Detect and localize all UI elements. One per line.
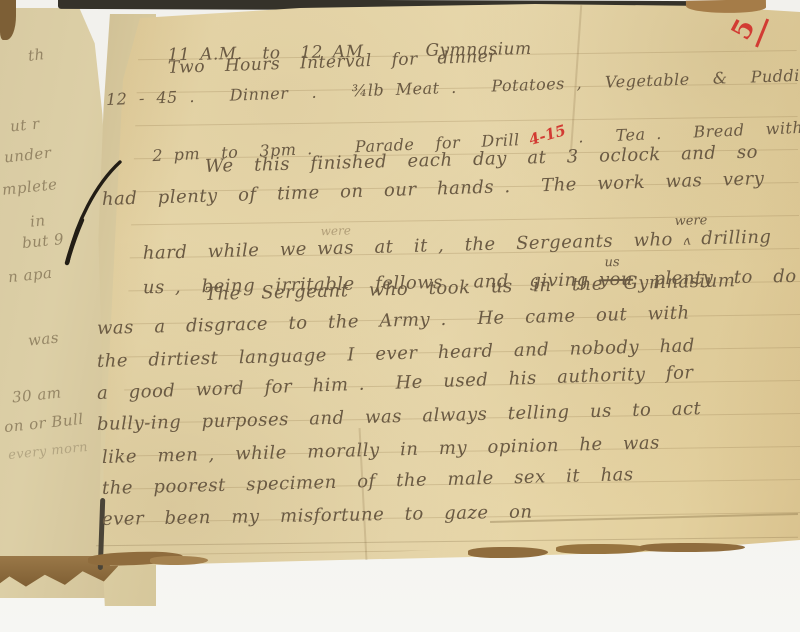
fragment-text: was: [27, 328, 60, 349]
inserted-word: were: [674, 213, 707, 229]
fragment-text: 30 am: [11, 383, 62, 406]
replacement-word: us: [604, 255, 619, 270]
fragment-text: in: [29, 211, 46, 231]
red-time-annotation: 4-15: [527, 121, 568, 149]
torn-chip: [640, 543, 745, 552]
fragment-text: th: [27, 45, 45, 65]
diary-photo: th ut r under mplete in but 9 n apa was …: [0, 0, 800, 632]
fragment-text: under: [3, 144, 52, 167]
fragment-text: on or Bull: [3, 410, 84, 436]
fragment-text: every morn: [7, 440, 88, 463]
torn-chip: [468, 547, 548, 558]
torn-chip: [556, 544, 648, 554]
faint-correction-word: were: [320, 223, 351, 238]
fragment-text: n apa: [7, 264, 53, 287]
fragment-text: ut r: [9, 115, 40, 136]
